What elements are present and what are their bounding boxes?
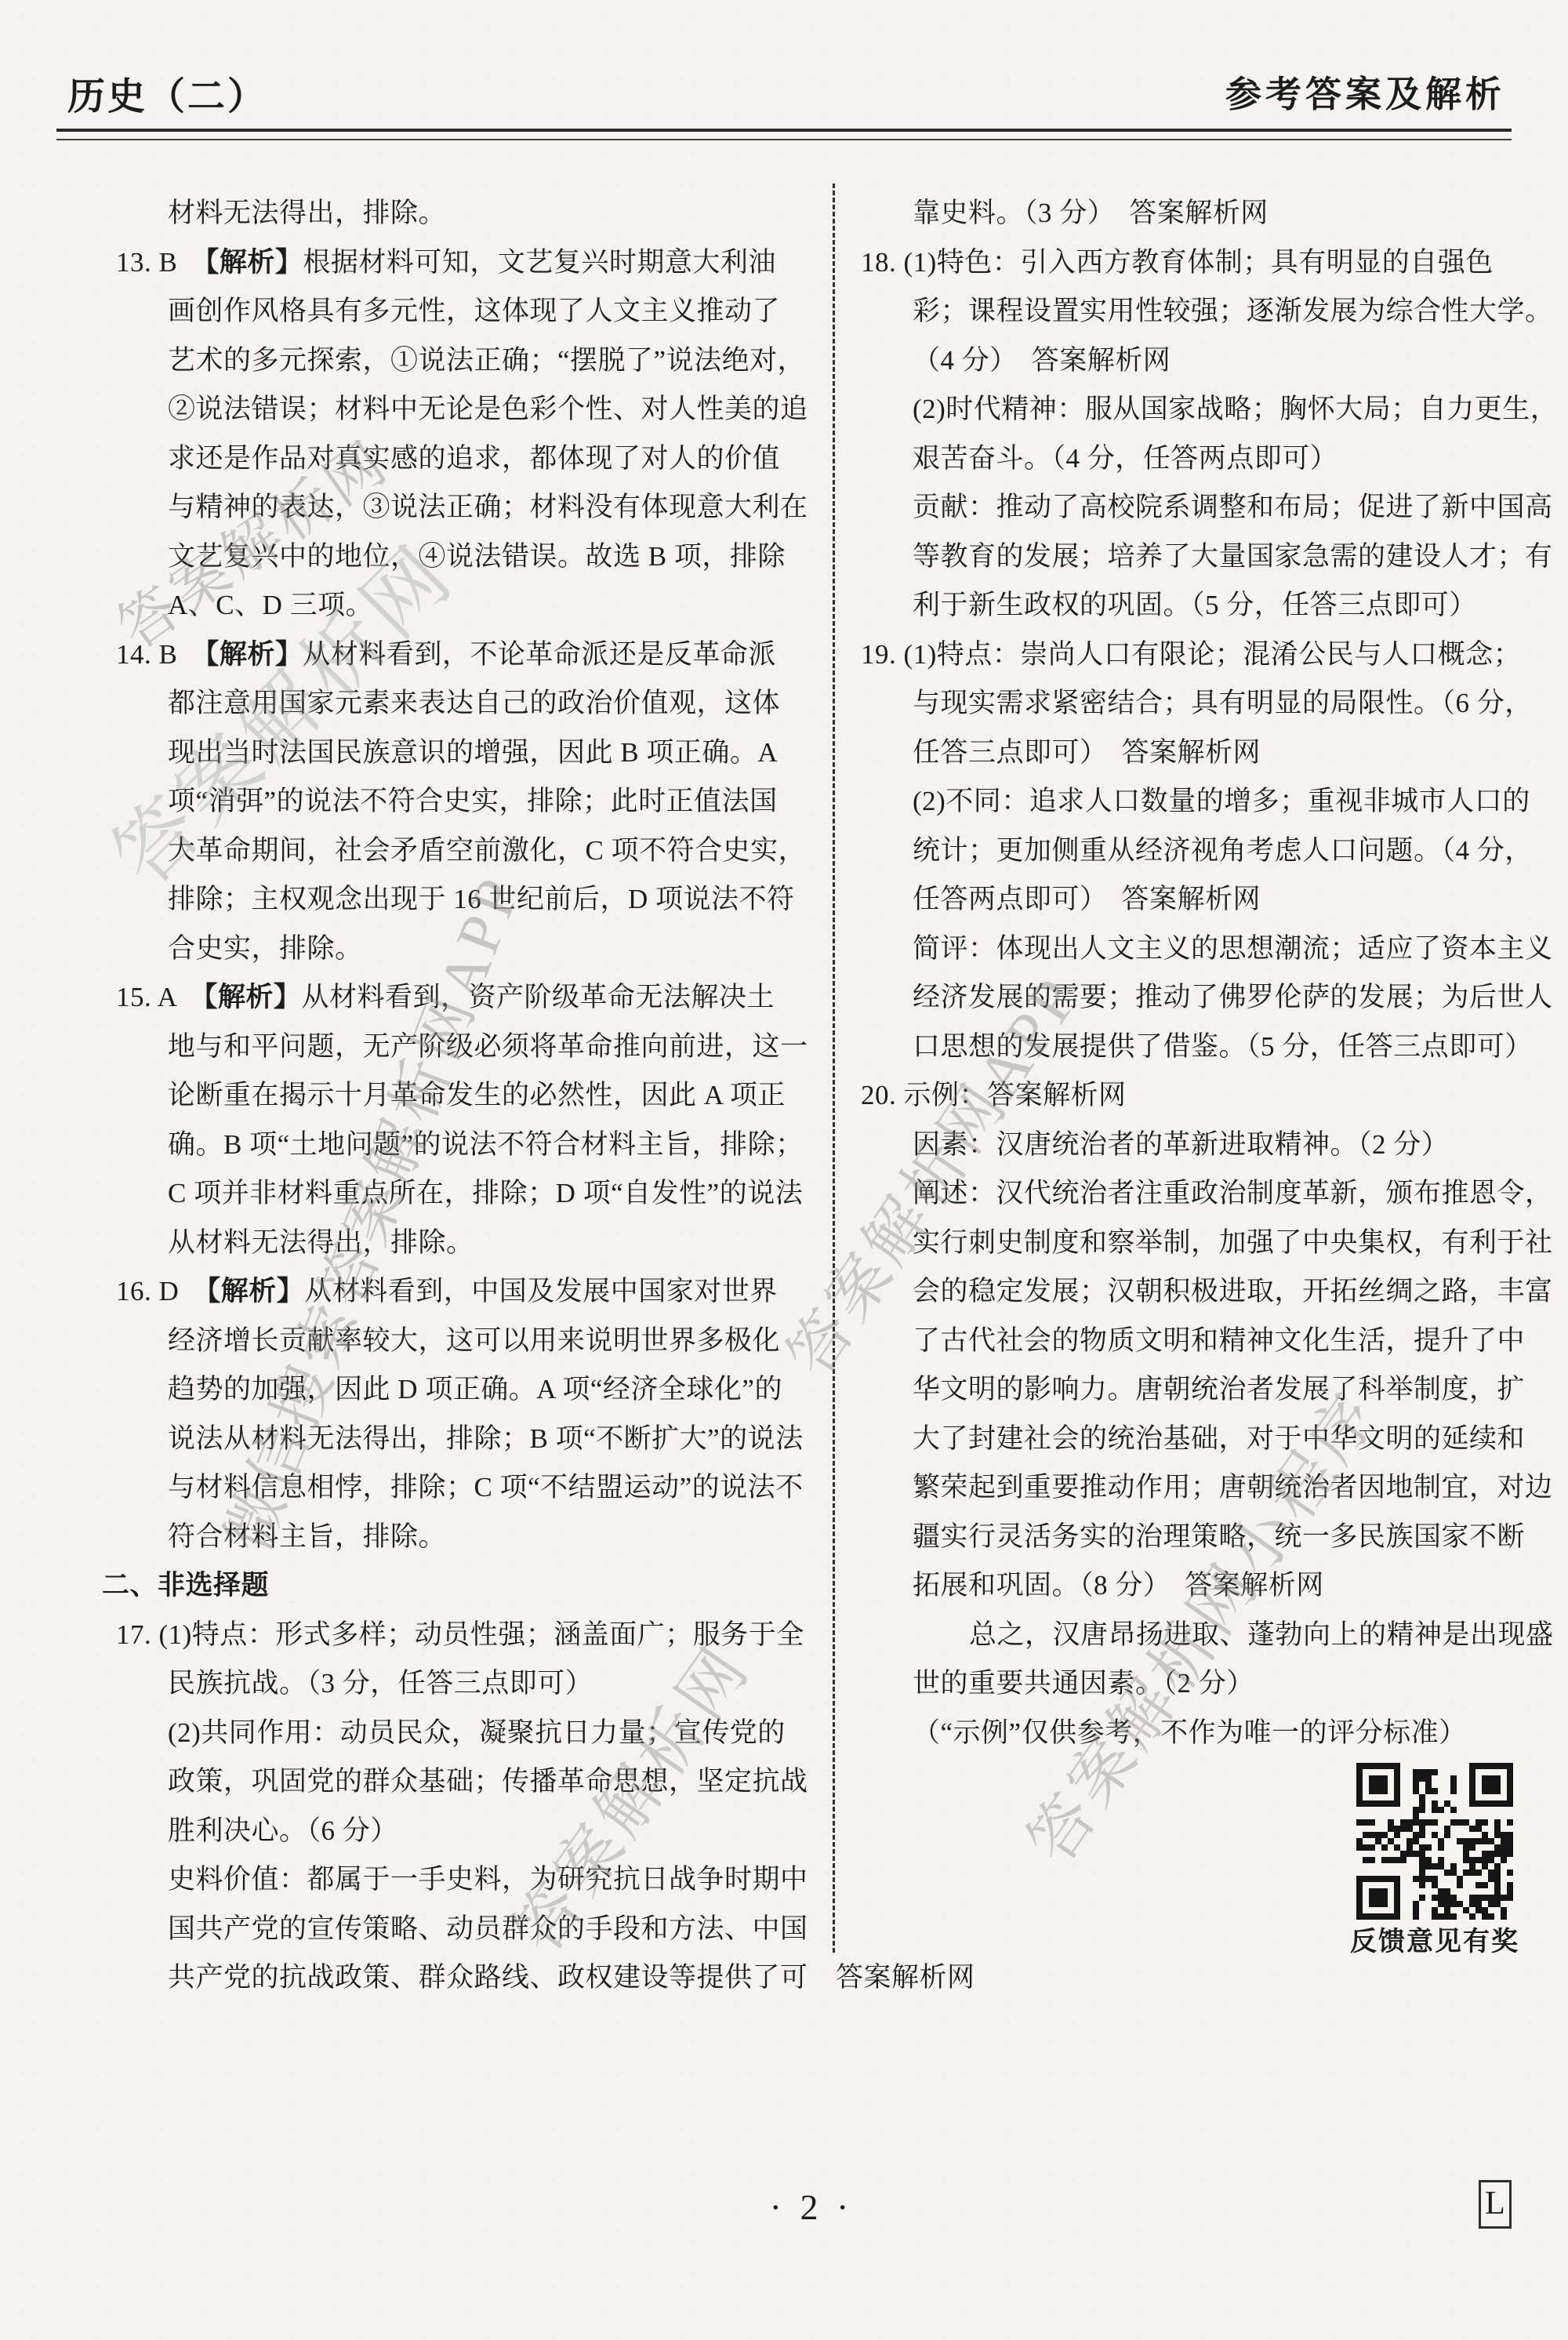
right-column: 靠史料。（3 分） 答案解析网18. (1)特色：引入西方教育体制；具有明显的自… xyxy=(847,189,1537,1757)
text-line: 国共产党的宣传策略、动员群众的手段和方法、中国 xyxy=(102,1905,831,1954)
text-line: 与精神的表达，③说法正确；材料没有体现意大利在 xyxy=(102,483,831,532)
text-line: 等教育的发展；培养了大量国家急需的建设人才；有 xyxy=(847,532,1537,582)
text-line: 利于新生政权的巩固。（5 分，任答三点即可） xyxy=(847,581,1537,630)
text-line: 15. A 【解析】从材料看到，资产阶级革命无法解决土 xyxy=(102,973,831,1023)
text-line: 经济发展的需要；推动了佛罗伦萨的发展；为后世人 xyxy=(847,973,1537,1023)
text-line: 项“消弭”的说法不符合史实，排除；此时正值法国 xyxy=(102,777,831,827)
text-line: 史料价值：都属于一手史料，为研究抗日战争时期中 xyxy=(102,1855,831,1905)
text-line: 贡献：推动了高校院系调整和布局；促进了新中国高 xyxy=(847,483,1537,532)
page-number: · 2 · xyxy=(733,2186,890,2228)
text-line: C 项并非材料重点所在，排除；D 项“自发性”的说法 xyxy=(102,1169,831,1219)
text-line: 确。B 项“土地问题”的说法不符合材料主旨，排除； xyxy=(102,1121,831,1170)
text-line: 论断重在揭示十月革命发生的必然性，因此 A 项正 xyxy=(102,1071,831,1121)
text-line: 疆实行灵活务实的治理策略，统一多民族国家不断 xyxy=(847,1513,1537,1562)
text-line: 政策，巩固党的群众基础；传播革命思想，坚定抗战 xyxy=(102,1757,831,1807)
text-line: 趋势的加强，因此 D 项正确。A 项“经济全球化”的 xyxy=(102,1365,831,1415)
text-line: 16. D 【解析】从材料看到，中国及发展中国家对世界 xyxy=(102,1267,831,1317)
text-line: 口思想的发展提供了借鉴。（5 分，任答三点即可） xyxy=(847,1023,1537,1072)
text-line: 大了封建社会的统治基础，对于中华文明的延续和 xyxy=(847,1415,1537,1464)
text-line: 现出当时法国民族意识的增强，因此 B 项正确。A xyxy=(102,729,831,778)
text-line: （4 分） 答案解析网 xyxy=(847,336,1537,386)
text-line: 实行刺史制度和察举制，加强了中央集权，有利于社 xyxy=(847,1219,1537,1268)
scanned-answer-sheet-page: 历史（二） 参考答案及解析 材料无法得出，排除。13. B 【解析】根据材料可知… xyxy=(0,0,1568,2340)
text-line: 17. (1)特点：形式多样；动员性强；涵盖面广；服务于全 xyxy=(102,1611,831,1660)
text-line: 地与和平问题，无产阶级必须将革命推向前进，这一 xyxy=(102,1023,831,1072)
text-line: (2)时代精神：服从国家战略；胸怀大局；自力更生， xyxy=(847,385,1537,434)
text-line: 因素：汉唐统治者的革新进取精神。（2 分） xyxy=(847,1121,1537,1170)
text-line: A、C、D 三项。 xyxy=(102,581,831,630)
text-line: 了古代社会的物质文明和精神文化生活，提升了中 xyxy=(847,1317,1537,1366)
text-line: 简评：体现出人文主义的思想潮流；适应了资本主义 xyxy=(847,925,1537,974)
text-line: 合史实，排除。 xyxy=(102,925,831,974)
text-line: 世的重要共通因素。（2 分） xyxy=(847,1659,1537,1709)
text-line: 会的稳定发展；汉朝积极进取，开拓丝绸之路，丰富 xyxy=(847,1267,1537,1317)
text-line: （“示例”仅供参考，不作为唯一的评分标准） xyxy=(847,1709,1537,1758)
text-line: 共产党的抗战政策、群众路线、政权建设等提供了可 答案解析网 xyxy=(102,1953,831,2003)
text-line: 艰苦奋斗。（4 分，任答两点即可） xyxy=(847,434,1537,484)
text-line: 材料无法得出，排除。 xyxy=(102,189,831,238)
text-line: ②说法错误；材料中无论是色彩个性、对人性美的追 xyxy=(102,385,831,434)
text-line: 任答三点即可） 答案解析网 xyxy=(847,729,1537,778)
text-line: 彩；课程设置实用性较强；逐渐发展为综合性大学。 xyxy=(847,287,1537,336)
text-line: 文艺复兴中的地位，④说法错误。故选 B 项，排除 xyxy=(102,532,831,582)
column-divider-dashed xyxy=(833,183,835,1953)
text-line: 排除；主权观念出现于 16 世纪前后，D 项说法不符 xyxy=(102,875,831,925)
text-line: 大革命期间，社会矛盾空前激化，C 项不符合史实， xyxy=(102,827,831,876)
text-line: 求还是作品对真实感的追求，都体现了对人的价值 xyxy=(102,434,831,484)
text-line: 华文明的影响力。唐朝统治者发展了科举制度，扩 xyxy=(847,1365,1537,1415)
text-line: (2)不同：追求人口数量的增多；重视非城市人口的 xyxy=(847,777,1537,827)
text-line: 与现实需求紧密结合；具有明显的局限性。（6 分， xyxy=(847,679,1537,729)
text-line: 20. 示例：答案解析网 xyxy=(847,1071,1537,1121)
text-line: 14. B 【解析】从材料看到，不论革命派还是反革命派 xyxy=(102,630,831,680)
text-line: 符合材料主旨，排除。 xyxy=(102,1513,831,1562)
text-line: 从材料无法得出，排除。 xyxy=(102,1219,831,1268)
text-line: (2)共同作用：动员民众，凝聚抗日力量；宣传党的 xyxy=(102,1709,831,1758)
text-line: 与材料信息相悖，排除；C 项“不结盟运动”的说法不 xyxy=(102,1463,831,1513)
text-line: 艺术的多元探索，①说法正确；“摆脱了”说法绝对， xyxy=(102,336,831,386)
text-line: 画创作风格具有多元性，这体现了人文主义推动了 xyxy=(102,287,831,336)
text-line: 二、非选择题 xyxy=(102,1561,831,1611)
text-line: 统计；更加侧重从经济视角考虑人口问题。（4 分， xyxy=(847,827,1537,876)
text-line: 靠史料。（3 分） 答案解析网 xyxy=(847,189,1537,238)
header-subject: 历史（二） xyxy=(67,66,267,120)
text-line: 18. (1)特色：引入西方教育体制；具有明显的自强色 xyxy=(847,238,1537,288)
corner-mark: L xyxy=(1479,2180,1512,2229)
text-line: 说法从材料无法得出，排除；B 项“不断扩大”的说法 xyxy=(102,1415,831,1464)
text-line: 经济增长贡献率较大，这可以用来说明世界多极化 xyxy=(102,1317,831,1366)
text-line: 胜利决心。（6 分） xyxy=(102,1807,831,1856)
header-rule-top xyxy=(56,129,1512,132)
text-line: 拓展和巩固。（8 分） 答案解析网 xyxy=(847,1561,1537,1611)
left-column: 材料无法得出，排除。13. B 【解析】根据材料可知，文艺复兴时期意大利油画创作… xyxy=(102,189,831,2003)
qr-code xyxy=(1356,1763,1513,1920)
qr-caption: 反馈意见有奖 xyxy=(1347,1920,1523,1958)
qr-code-image xyxy=(1356,1763,1513,1920)
text-line: 任答两点即可） 答案解析网 xyxy=(847,875,1537,925)
header-rule-bottom xyxy=(56,139,1512,140)
text-line: 阐述：汉代统治者注重政治制度革新，颁布推恩令， xyxy=(847,1169,1537,1219)
header-title: 参考答案及解析 xyxy=(1225,66,1505,118)
text-line: 13. B 【解析】根据材料可知，文艺复兴时期意大利油 xyxy=(102,238,831,288)
text-line: 都注意用国家元素来表达自己的政治价值观，这体 xyxy=(102,679,831,729)
text-line: 总之，汉唐昂扬进取、蓬勃向上的精神是出现盛 xyxy=(847,1611,1537,1660)
text-line: 19. (1)特点：崇尚人口有限论；混淆公民与人口概念； xyxy=(847,630,1537,680)
text-line: 民族抗战。（3 分，任答三点即可） xyxy=(102,1659,831,1709)
text-line: 繁荣起到重要推动作用；唐朝统治者因地制宜，对边 xyxy=(847,1463,1537,1513)
